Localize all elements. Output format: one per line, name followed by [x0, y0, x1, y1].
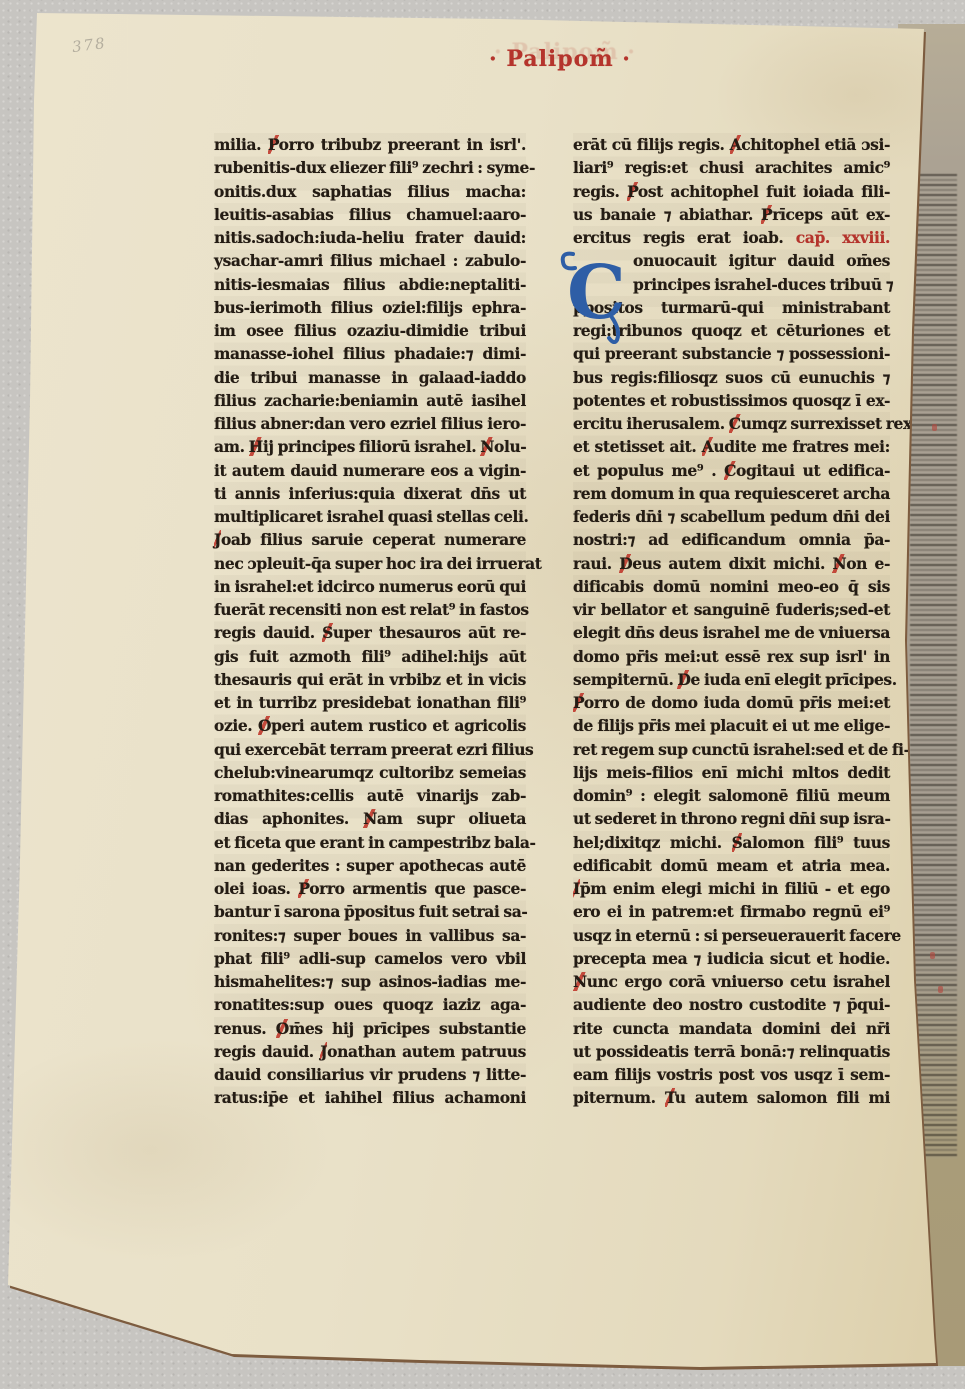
- running-title: · Palipom̃ ·: [430, 46, 690, 72]
- text-line: filius zacharie:beniamin autē iasihel: [214, 389, 526, 412]
- text-line: ti annis inferius:quia dixerat dn̄s ut: [214, 482, 526, 505]
- text-line: precepta mea ⁊ iudicia sicut et hodie.: [573, 947, 890, 970]
- text-line: nan gederites : super apothecas autē: [214, 854, 526, 877]
- text-line: ysachar-amri filius michael : zabulo-: [214, 249, 526, 272]
- text-line: ercitu iherusalem. Cumqz surrexisset rex: [573, 412, 890, 435]
- text-line: et populus me⁹ . Cogitaui ut edifica-: [573, 459, 890, 482]
- text-line: qui exercebāt terram preerat ezri filius: [214, 738, 526, 761]
- text-line: rite cuncta mandata domini dei nr̄i: [573, 1017, 890, 1040]
- text-line: nec ɔpleuit-q̄a super hoc ira dei irruer…: [214, 552, 526, 575]
- text-line: onitis.dux saphatias filius macha:: [214, 180, 526, 203]
- text-line: dias aphonites. Nam supr oliueta: [214, 807, 526, 830]
- fore-edge-rubric-speck: [932, 424, 937, 431]
- text-line: raui. Deus autem dixit michi. Non e-: [573, 552, 890, 575]
- text-line: ozie. Operi autem rustico et agricolis: [214, 714, 526, 737]
- text-line: gis fuit azmoth fili⁹ adihel:hijs aūt: [214, 645, 526, 668]
- text-line: domo pr̄is mei:ut essē rex sup isrl' in: [573, 645, 890, 668]
- text-line: regis dauid. Super thesauros aūt re-: [214, 621, 526, 644]
- text-line: multiplicaret israhel quasi stellas celi…: [214, 505, 526, 528]
- text-line: et ficeta que erant in campestribz bala-: [214, 831, 526, 854]
- text-line: manasse-iohel filius phadaie:⁊ dimi-: [214, 342, 526, 365]
- text-line: et in turribz presidebat ionathan fili⁹: [214, 691, 526, 714]
- text-line: rubenitis-dux eliezer fili⁹ zechri : sym…: [214, 156, 526, 179]
- text-line: liari⁹ regis:et chusi arachites amic⁹: [573, 156, 890, 179]
- text-line: ero ei in patrem:et firmabo regnū ei⁹: [573, 900, 890, 923]
- text-line: usqz in eternū : si perseuerauerit facer…: [573, 924, 890, 947]
- text-line: Joab filius saruie ceperat numerare: [214, 528, 526, 551]
- text-line: audiente deo nostro custodite ⁊ p̄qui-: [573, 993, 890, 1016]
- text-line: hel;dixitqz michi. Salomon fili⁹ tuus: [573, 831, 890, 854]
- text-line: im osee filius ozaziu-dimidie tribui: [214, 319, 526, 342]
- text-line: bus regis:filiosqz suos cū eunuchis ⁊: [573, 366, 890, 389]
- text-column-left: milia. Porro tribubz preerant in isrl'.r…: [214, 133, 526, 1110]
- text-line: potentes et robustissimos quosqz ī ex-: [573, 389, 890, 412]
- text-line: bantur ī sarona p̄positus fuit setrai sa…: [214, 900, 526, 923]
- text-line: elegit dn̄s deus israhel me de vniuersa: [573, 621, 890, 644]
- pencil-inscription: 378: [71, 34, 108, 56]
- text-line: ronites:⁊ super boues in vallibus sa-: [214, 924, 526, 947]
- text-line: thesauris qui erāt in vrbibz et in vicis: [214, 668, 526, 691]
- text-line: nitis-iesmaias filius abdie:neptaliti-: [214, 273, 526, 296]
- text-line: sempiternū. De iuda enī elegit prīcipes.: [573, 668, 890, 691]
- text-line: vir bellator et sanguinē fuderis;sed-et: [573, 598, 890, 621]
- text-line: piternum. Tu autem salomon fili mi: [573, 1086, 890, 1109]
- text-line: ut possideatis terrā bonā:⁊ relinquatis: [573, 1040, 890, 1063]
- parchment-leaf: 378 · Palipom̃ · milia. Porro tribubz pr…: [0, 0, 965, 1389]
- text-line: leuitis-asabias filius chamuel:aaro-: [214, 203, 526, 226]
- text-line: bus-ierimoth filius oziel:filijs ephra-: [214, 296, 526, 319]
- text-line: federis dn̄i ⁊ scabellum pedum dn̄i dei: [573, 505, 890, 528]
- text-line: dauid consiliarius vir prudens ⁊ litte-: [214, 1063, 526, 1086]
- text-line: nostri:⁊ ad edificandum omnia p̄a-: [573, 528, 890, 551]
- text-line: Nunc ergo corā vniuerso cetu israhel: [573, 970, 890, 993]
- text-line: ret regem sup cunctū israhel:sed et de f…: [573, 738, 890, 761]
- text-line: it autem dauid numerare eos a vigin-: [214, 459, 526, 482]
- text-line: de filijs pr̄is mei placuit ei ut me eli…: [573, 714, 890, 737]
- text-line: milia. Porro tribubz preerant in isrl'.: [214, 133, 526, 156]
- photographed-manuscript-page: 378 · Palipom̃ · milia. Porro tribubz pr…: [0, 0, 965, 1389]
- fore-edge-rubric-speck: [938, 986, 943, 993]
- text-line: ut sederet in throno regni dn̄i sup isra…: [573, 807, 890, 830]
- text-line: us banaie ⁊ abiathar. Prīceps aūt ex-: [573, 203, 890, 226]
- text-line: Ip̄m enim elegi michi in filiū - et ego: [573, 877, 890, 900]
- svg-text:C: C: [567, 250, 626, 336]
- text-line: olei ioas. Porro armentis que pasce-: [214, 877, 526, 900]
- text-line: am. Hij principes filiorū israhel. Nolu-: [214, 435, 526, 458]
- text-line: ratus:ip̄e et iahihel filius achamoni: [214, 1086, 526, 1109]
- text-line: die tribui manasse in galaad-iaddo: [214, 366, 526, 389]
- text-line: erāt cū filijs regis. Achitophel etiā ɔs…: [573, 133, 890, 156]
- text-line: nitis.sadoch:iuda-heliu frater dauid:: [214, 226, 526, 249]
- text-line: domin⁹ : elegit salomonē filiū meum: [573, 784, 890, 807]
- text-line: phat fili⁹ adli-sup camelos vero vbil: [214, 947, 526, 970]
- text-line: regis. Post achitophel fuit ioiada fili-: [573, 180, 890, 203]
- text-line: Porro de domo iuda domū pr̄is mei:et: [573, 691, 890, 714]
- text-line: dificabis domū nomini meo-eo q̄ sis: [573, 575, 890, 598]
- text-line: edificabit domū meam et atria mea.: [573, 854, 890, 877]
- text-line: rem domum in qua requiesceret archa: [573, 482, 890, 505]
- text-line: lijs meis-filios enī michi mltos dedit: [573, 761, 890, 784]
- text-line: renus. Om̄es hij prīcipes substantie: [214, 1017, 526, 1040]
- text-line: chelub:vinearumqz cultoribz semeias: [214, 761, 526, 784]
- text-line: regis dauid. Jonathan autem patruus: [214, 1040, 526, 1063]
- chapter-initial-letter: C: [559, 246, 633, 344]
- text-line: romathites:cellis autē vinarijs zab-: [214, 784, 526, 807]
- text-line: eam filijs vostris post vos usqz ī sem-: [573, 1063, 890, 1086]
- fore-edge-rubric-speck: [930, 952, 935, 959]
- text-line: ronatites:sup oues quoqz iaziz aga-: [214, 993, 526, 1016]
- text-line: filius abner:dan vero ezriel filius iero…: [214, 412, 526, 435]
- text-line: hismahelites:⁊ sup asinos-iadias me-: [214, 970, 526, 993]
- text-line: et stetisset ait. Audite me fratres mei:: [573, 435, 890, 458]
- text-line: in israhel:et idcirco numerus eorū qui: [214, 575, 526, 598]
- text-line: fuerāt recensiti non est relat⁹ in fasto…: [214, 598, 526, 621]
- text-line: qui preerant substancie ⁊ possessioni-: [573, 342, 890, 365]
- text-column-right: C erāt cū filijs regis. Achitophel etiā …: [573, 133, 890, 1110]
